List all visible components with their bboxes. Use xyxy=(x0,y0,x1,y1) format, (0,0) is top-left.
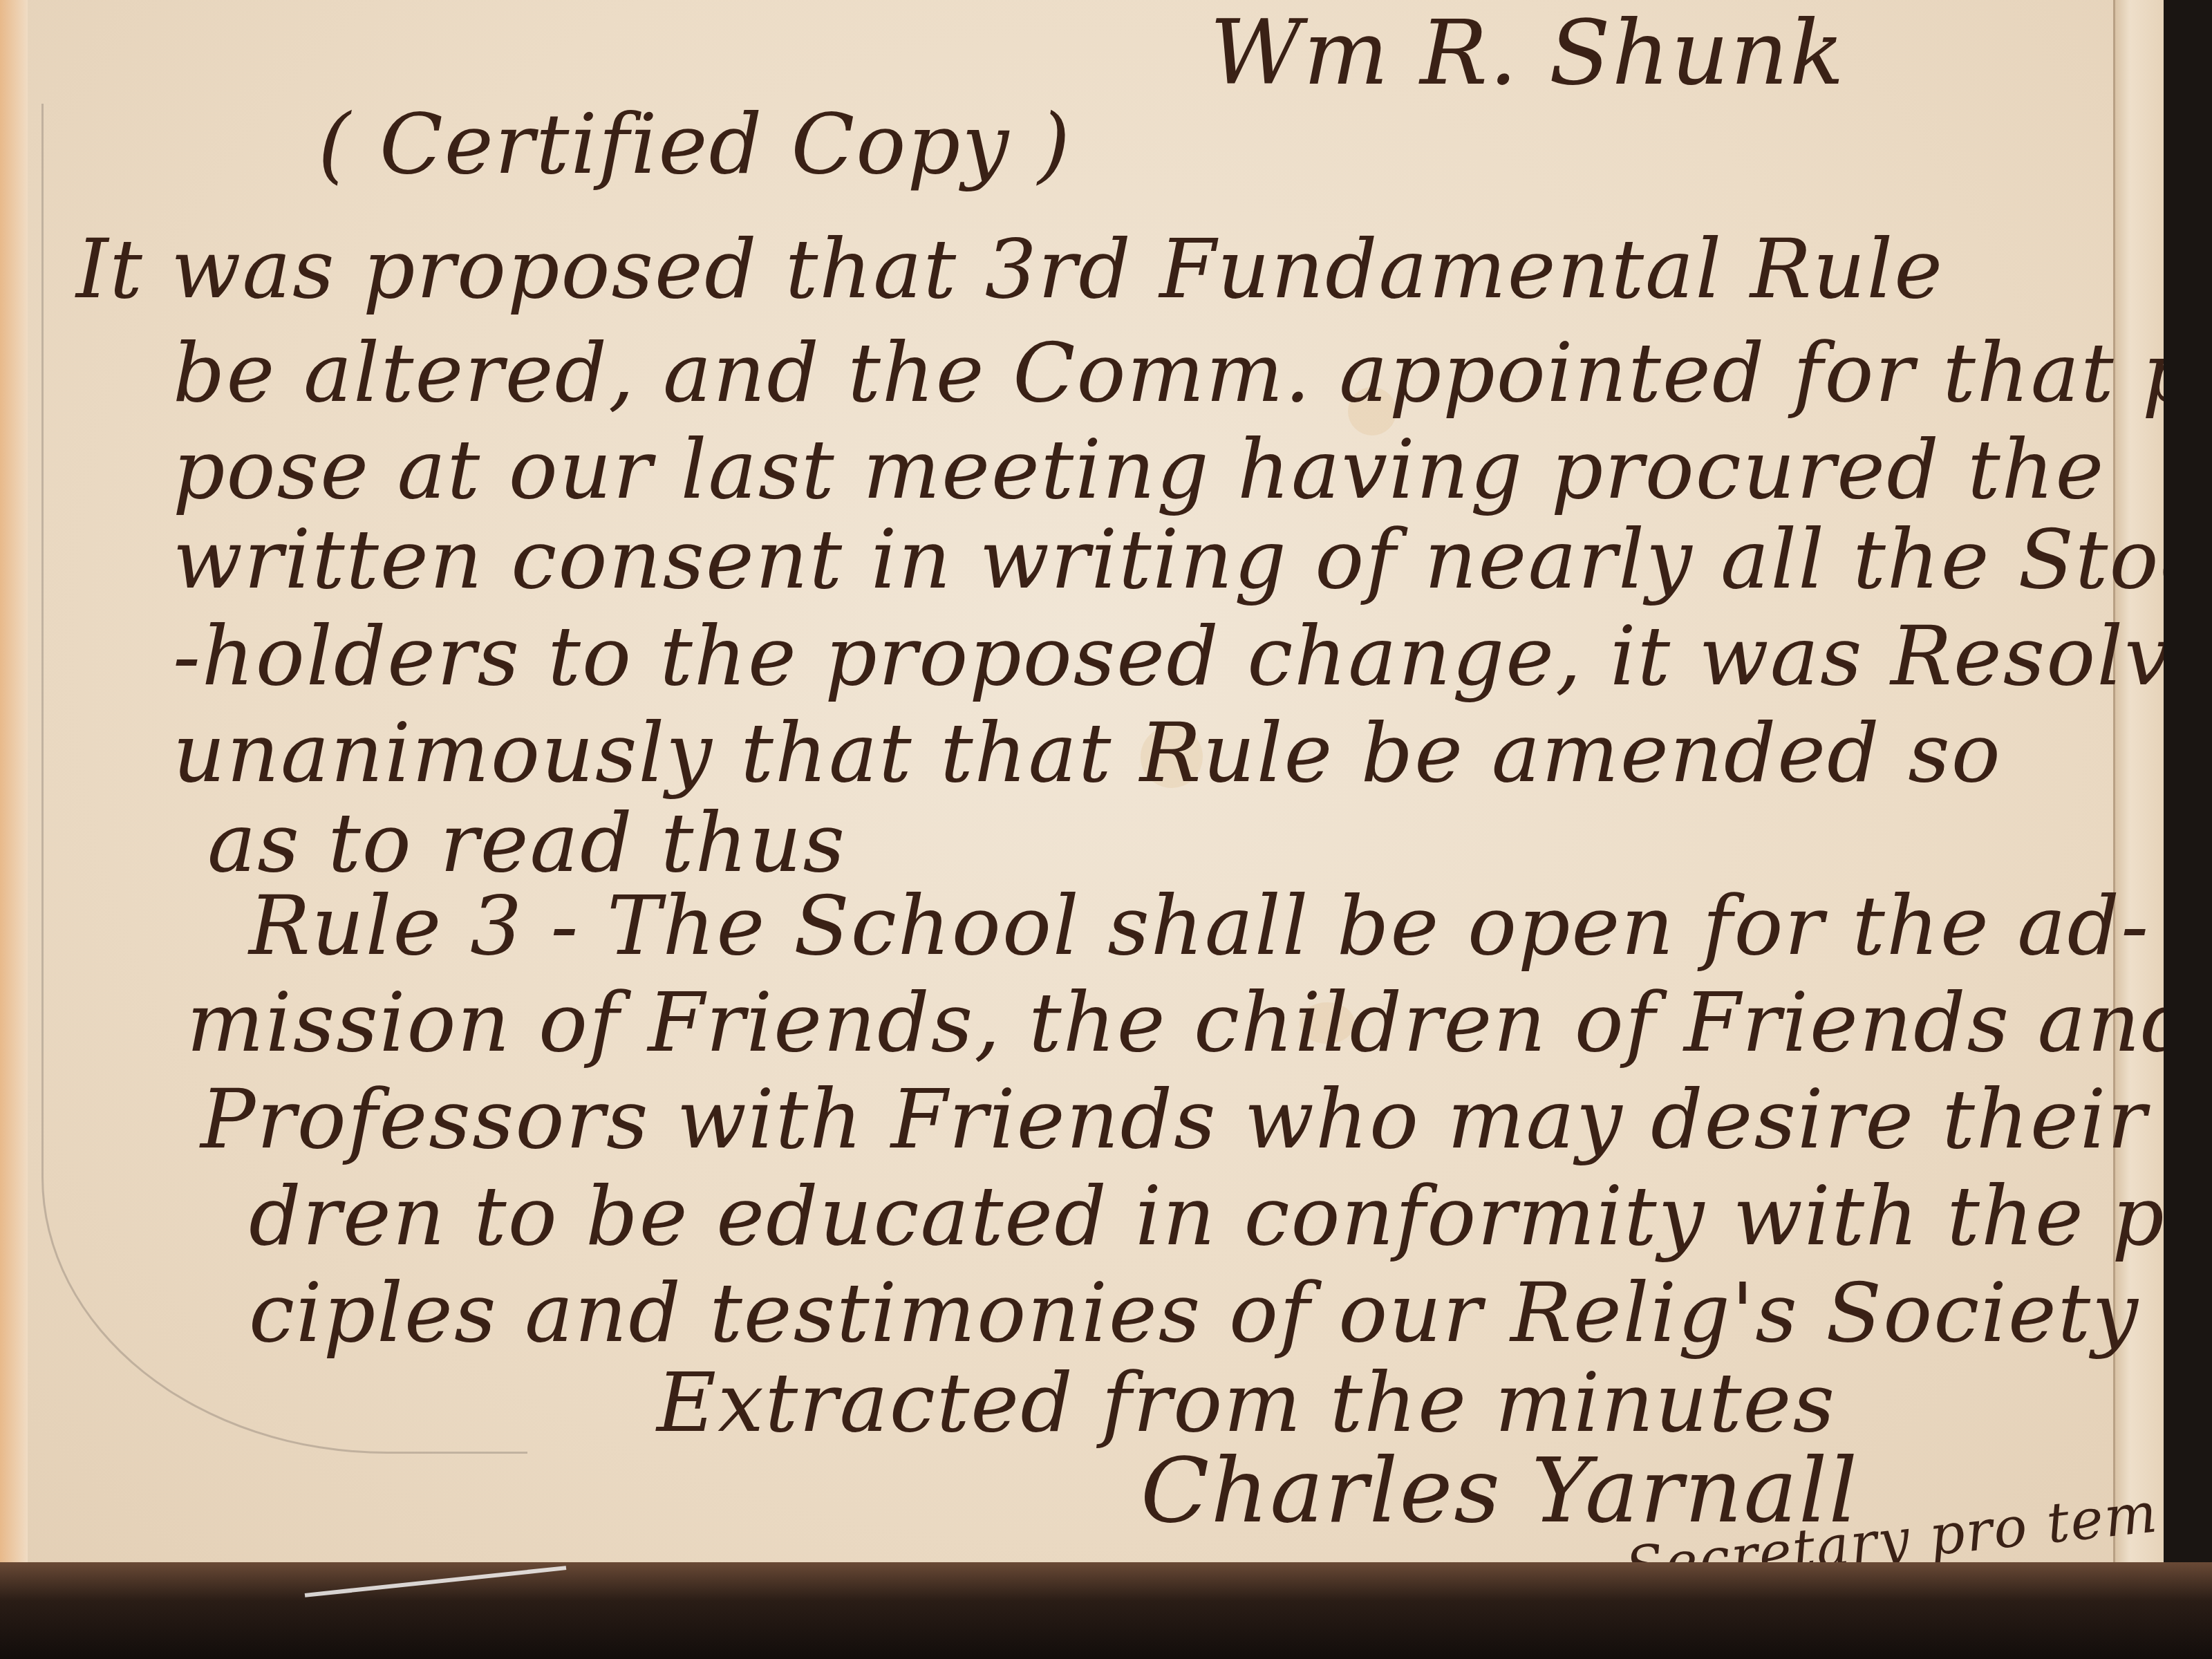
rule-line: ciples and testimonies of our Relig's So… xyxy=(249,1265,2139,1360)
ledger-page: Wm R. Shunk ( Certified Copy ) It was pr… xyxy=(0,0,2164,1611)
body-line: -holders to the proposed change, it was … xyxy=(173,608,2164,704)
page-fold xyxy=(0,0,28,1611)
heading: ( Certified Copy ) xyxy=(318,97,1071,193)
body-line: written consent in writing of nearly all… xyxy=(173,512,2164,607)
top-signature: Wm R. Shunk xyxy=(1210,0,1846,105)
page-edge xyxy=(2113,0,2164,1611)
table-surface xyxy=(0,1562,2212,1659)
rule-line: mission of Friends, the children of Frie… xyxy=(187,975,2164,1070)
body-line: pose at our last meeting having procured… xyxy=(173,422,2105,517)
rule-line: dren to be educated in conformity with t… xyxy=(249,1168,2164,1264)
rule-line: Rule 3 - The School shall be open for th… xyxy=(249,878,2150,973)
body-line: as to read thus xyxy=(207,795,846,890)
body-line: be altered, and the Comm. appointed for … xyxy=(173,325,2164,420)
body-line: It was proposed that 3rd Fundamental Rul… xyxy=(76,221,1944,317)
body-line: unanimously that that Rule be amended so xyxy=(173,705,2002,800)
rule-line: Professors with Friends who may desire t… xyxy=(200,1071,2164,1167)
closing-line: Extracted from the minutes xyxy=(657,1355,1836,1450)
